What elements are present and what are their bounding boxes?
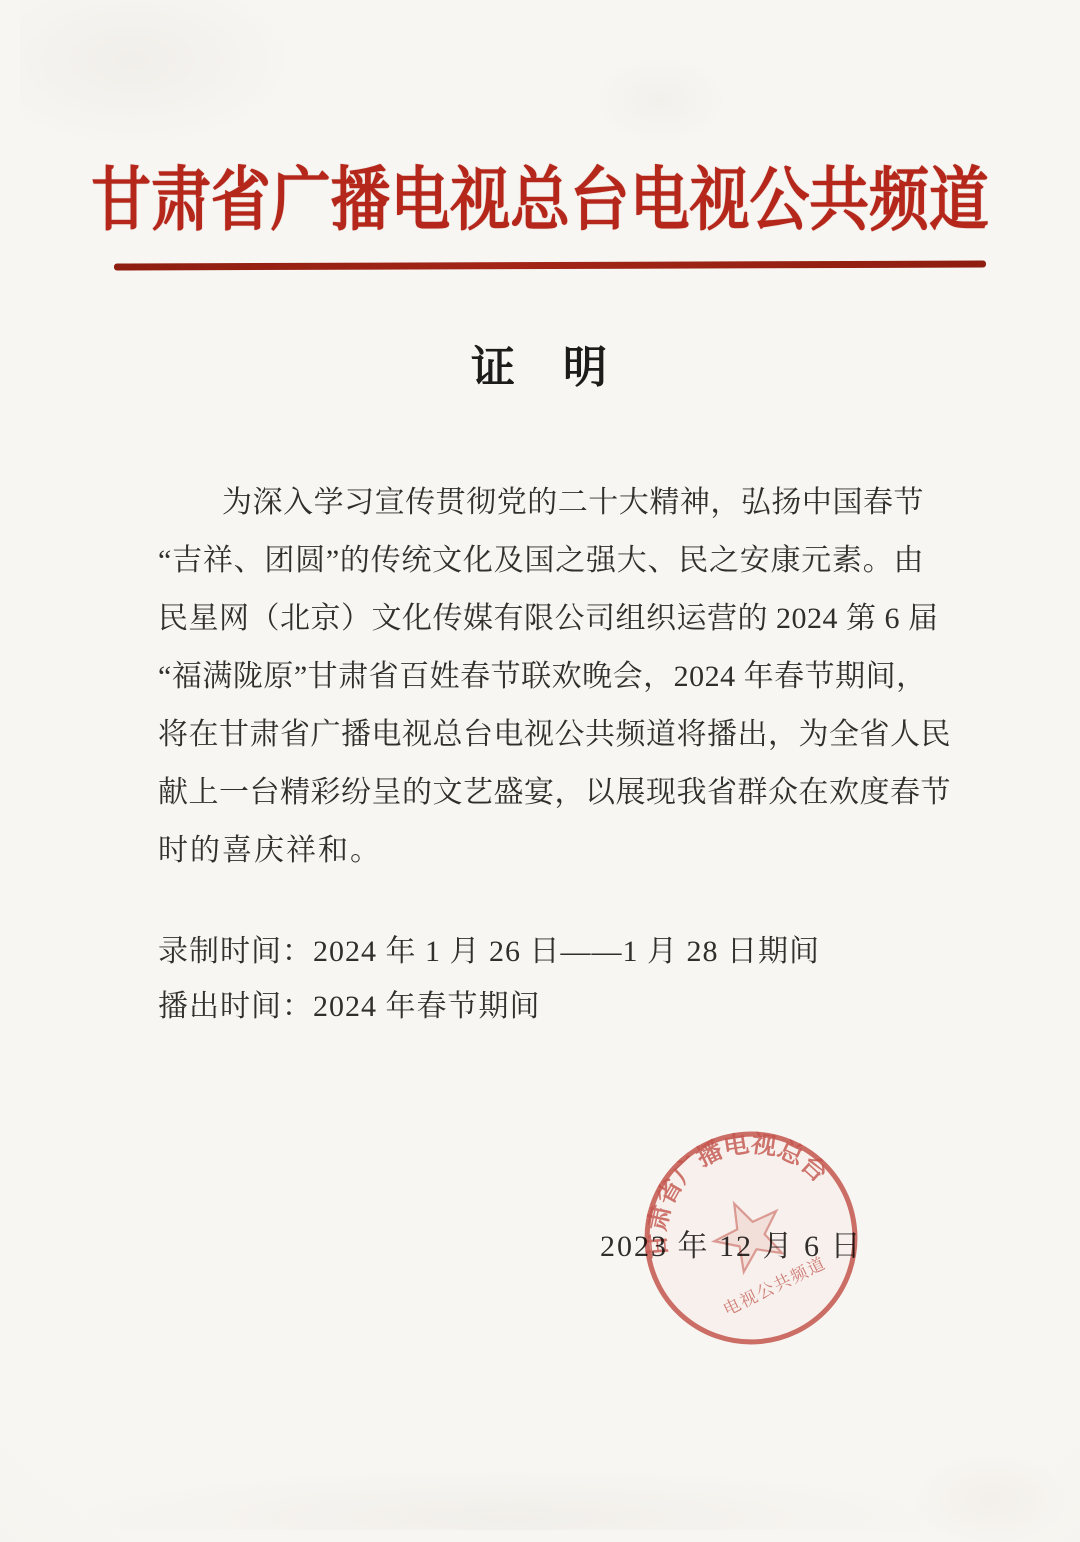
scan-smudge [590, 55, 730, 145]
body-line: 时的喜庆祥和。 [158, 822, 924, 880]
schedule-block: 录制时间：2024 年 1 月 26 日——1 月 28 日期间 播出时间：20… [158, 924, 938, 1034]
body-line: 将在甘肃省广播电视总台电视公共频道将播出，为全省人民 [158, 706, 924, 764]
date-line: 2023 年 12 月 6 日 [600, 1221, 863, 1265]
body-line: “福满陇原”甘肃省百姓春节联欢晚会，2024 年春节期间， [158, 648, 924, 706]
body-line: 为深入学习宣传贯彻党的二十大精神，弘扬中国春节 [158, 474, 924, 532]
body-line: 民星网（北京）文化传媒有限公司组织运营的 2024 第 6 届 [158, 590, 924, 648]
recording-time-line: 录制时间：2024 年 1 月 26 日——1 月 28 日期间 [158, 924, 938, 979]
scan-smudge [915, 1455, 1065, 1542]
broadcast-time-line: 播出时间：2024 年春节期间 [158, 979, 938, 1034]
body-line: 献上一台精彩纷呈的文艺盛宴，以展现我省群众在欢度春节 [158, 764, 924, 822]
document-title: 证 明 [0, 340, 1080, 396]
body-paragraph: 为深入学习宣传贯彻党的二十大精神，弘扬中国春节 “吉祥、团圆”的传统文化及国之强… [158, 474, 924, 880]
scan-smudge [90, 1470, 930, 1530]
body-line: “吉祥、团圆”的传统文化及国之强大、民之安康元素。由 [158, 532, 924, 590]
scan-smudge [20, 0, 300, 150]
org-title: 甘肃省广播电视总台电视公共频道 [0, 156, 1080, 244]
header-divider [114, 260, 986, 270]
org-title-text: 甘肃省广播电视总台电视公共频道 [91, 155, 989, 245]
certificate-page: 甘肃省广播电视总台电视公共频道 证 明 为深入学习宣传贯彻党的二十大精神，弘扬中… [0, 0, 1080, 1542]
